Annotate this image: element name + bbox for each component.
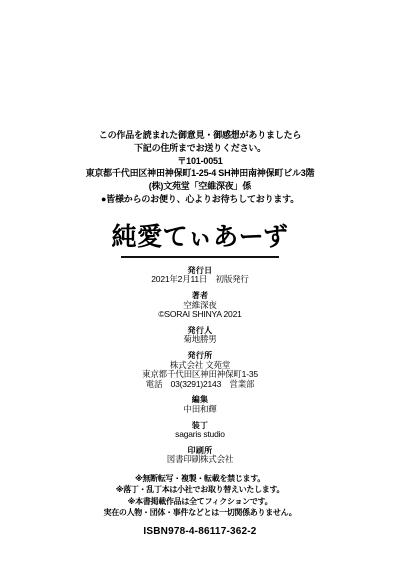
- feedback-line-2: 下記の住所までお送りください。: [0, 142, 400, 155]
- book-title: 純愛てぃあーず: [0, 224, 400, 252]
- colophon-entry-issuer: 発行人 菊地勝男: [0, 326, 400, 345]
- note-no-reproduction: ※無断転写・複製・転載を禁じます。: [0, 473, 400, 485]
- colophon-entry-publication-date: 発行日 2021年2月11日 初版発行: [0, 266, 400, 285]
- legal-notes: ※無断転写・複製・転載を禁じます。 ※落丁・乱丁本は小社でお取り替えいたします。…: [0, 473, 400, 519]
- note-defective-copies: ※落丁・乱丁本は小社でお取り替えいたします。: [0, 484, 400, 496]
- mail-recipient: (株)文苑堂「空維深夜」係: [0, 180, 400, 193]
- colophon-value: 図書印刷株式会社: [0, 455, 400, 465]
- colophon-value: 中田和輝: [0, 405, 400, 415]
- colophon-value: sagaris studio: [0, 430, 400, 440]
- reader-feedback-notice: この作品を読まれた御意見・御感想がありましたら 下記の住所までお送りください。 …: [0, 0, 400, 206]
- feedback-line-1: この作品を読まれた御意見・御感想がありましたら: [0, 129, 400, 142]
- colophon-page: この作品を読まれた御意見・御感想がありましたら 下記の住所までお送りください。 …: [0, 0, 400, 568]
- colophon-entries: 発行日 2021年2月11日 初版発行 著者 空維深夜 ©SORAI SHINY…: [0, 266, 400, 465]
- postal-code: 〒101-0051: [0, 155, 400, 168]
- feedback-closing: ●皆様からのお便り、心よりお待ちしております。: [0, 193, 400, 206]
- colophon-value: 電話 03(3291)2143 営業部: [0, 380, 400, 390]
- colophon-value: 菊地勝男: [0, 335, 400, 345]
- publisher-address: 東京都千代田区神田神保町1-25-4 SH神田南神保町ビル3階: [0, 167, 400, 180]
- isbn-number: ISBN978-4-86117-362-2: [0, 526, 400, 537]
- title-underline: [121, 256, 279, 258]
- colophon-entry-editor: 編集 中田和輝: [0, 395, 400, 414]
- note-fiction-disclaimer-2: 実在の人物・団体・事件などとは一切関係ありません。: [0, 507, 400, 519]
- colophon-entry-printer: 印刷所 図書印刷株式会社: [0, 446, 400, 465]
- note-fiction-disclaimer: ※本書掲載作品は全てフィクションです。: [0, 496, 400, 508]
- copyright-line: ©SORAI SHINYA 2021: [0, 310, 400, 320]
- colophon-entry-design: 装丁 sagaris studio: [0, 421, 400, 440]
- colophon-entry-publisher: 発行所 株式会社 文苑堂 東京都千代田区神田神保町1-35 電話 03(3291…: [0, 351, 400, 389]
- colophon-value: 2021年2月11日 初版発行: [0, 275, 400, 285]
- colophon-entry-author: 著者 空維深夜 ©SORAI SHINYA 2021: [0, 291, 400, 320]
